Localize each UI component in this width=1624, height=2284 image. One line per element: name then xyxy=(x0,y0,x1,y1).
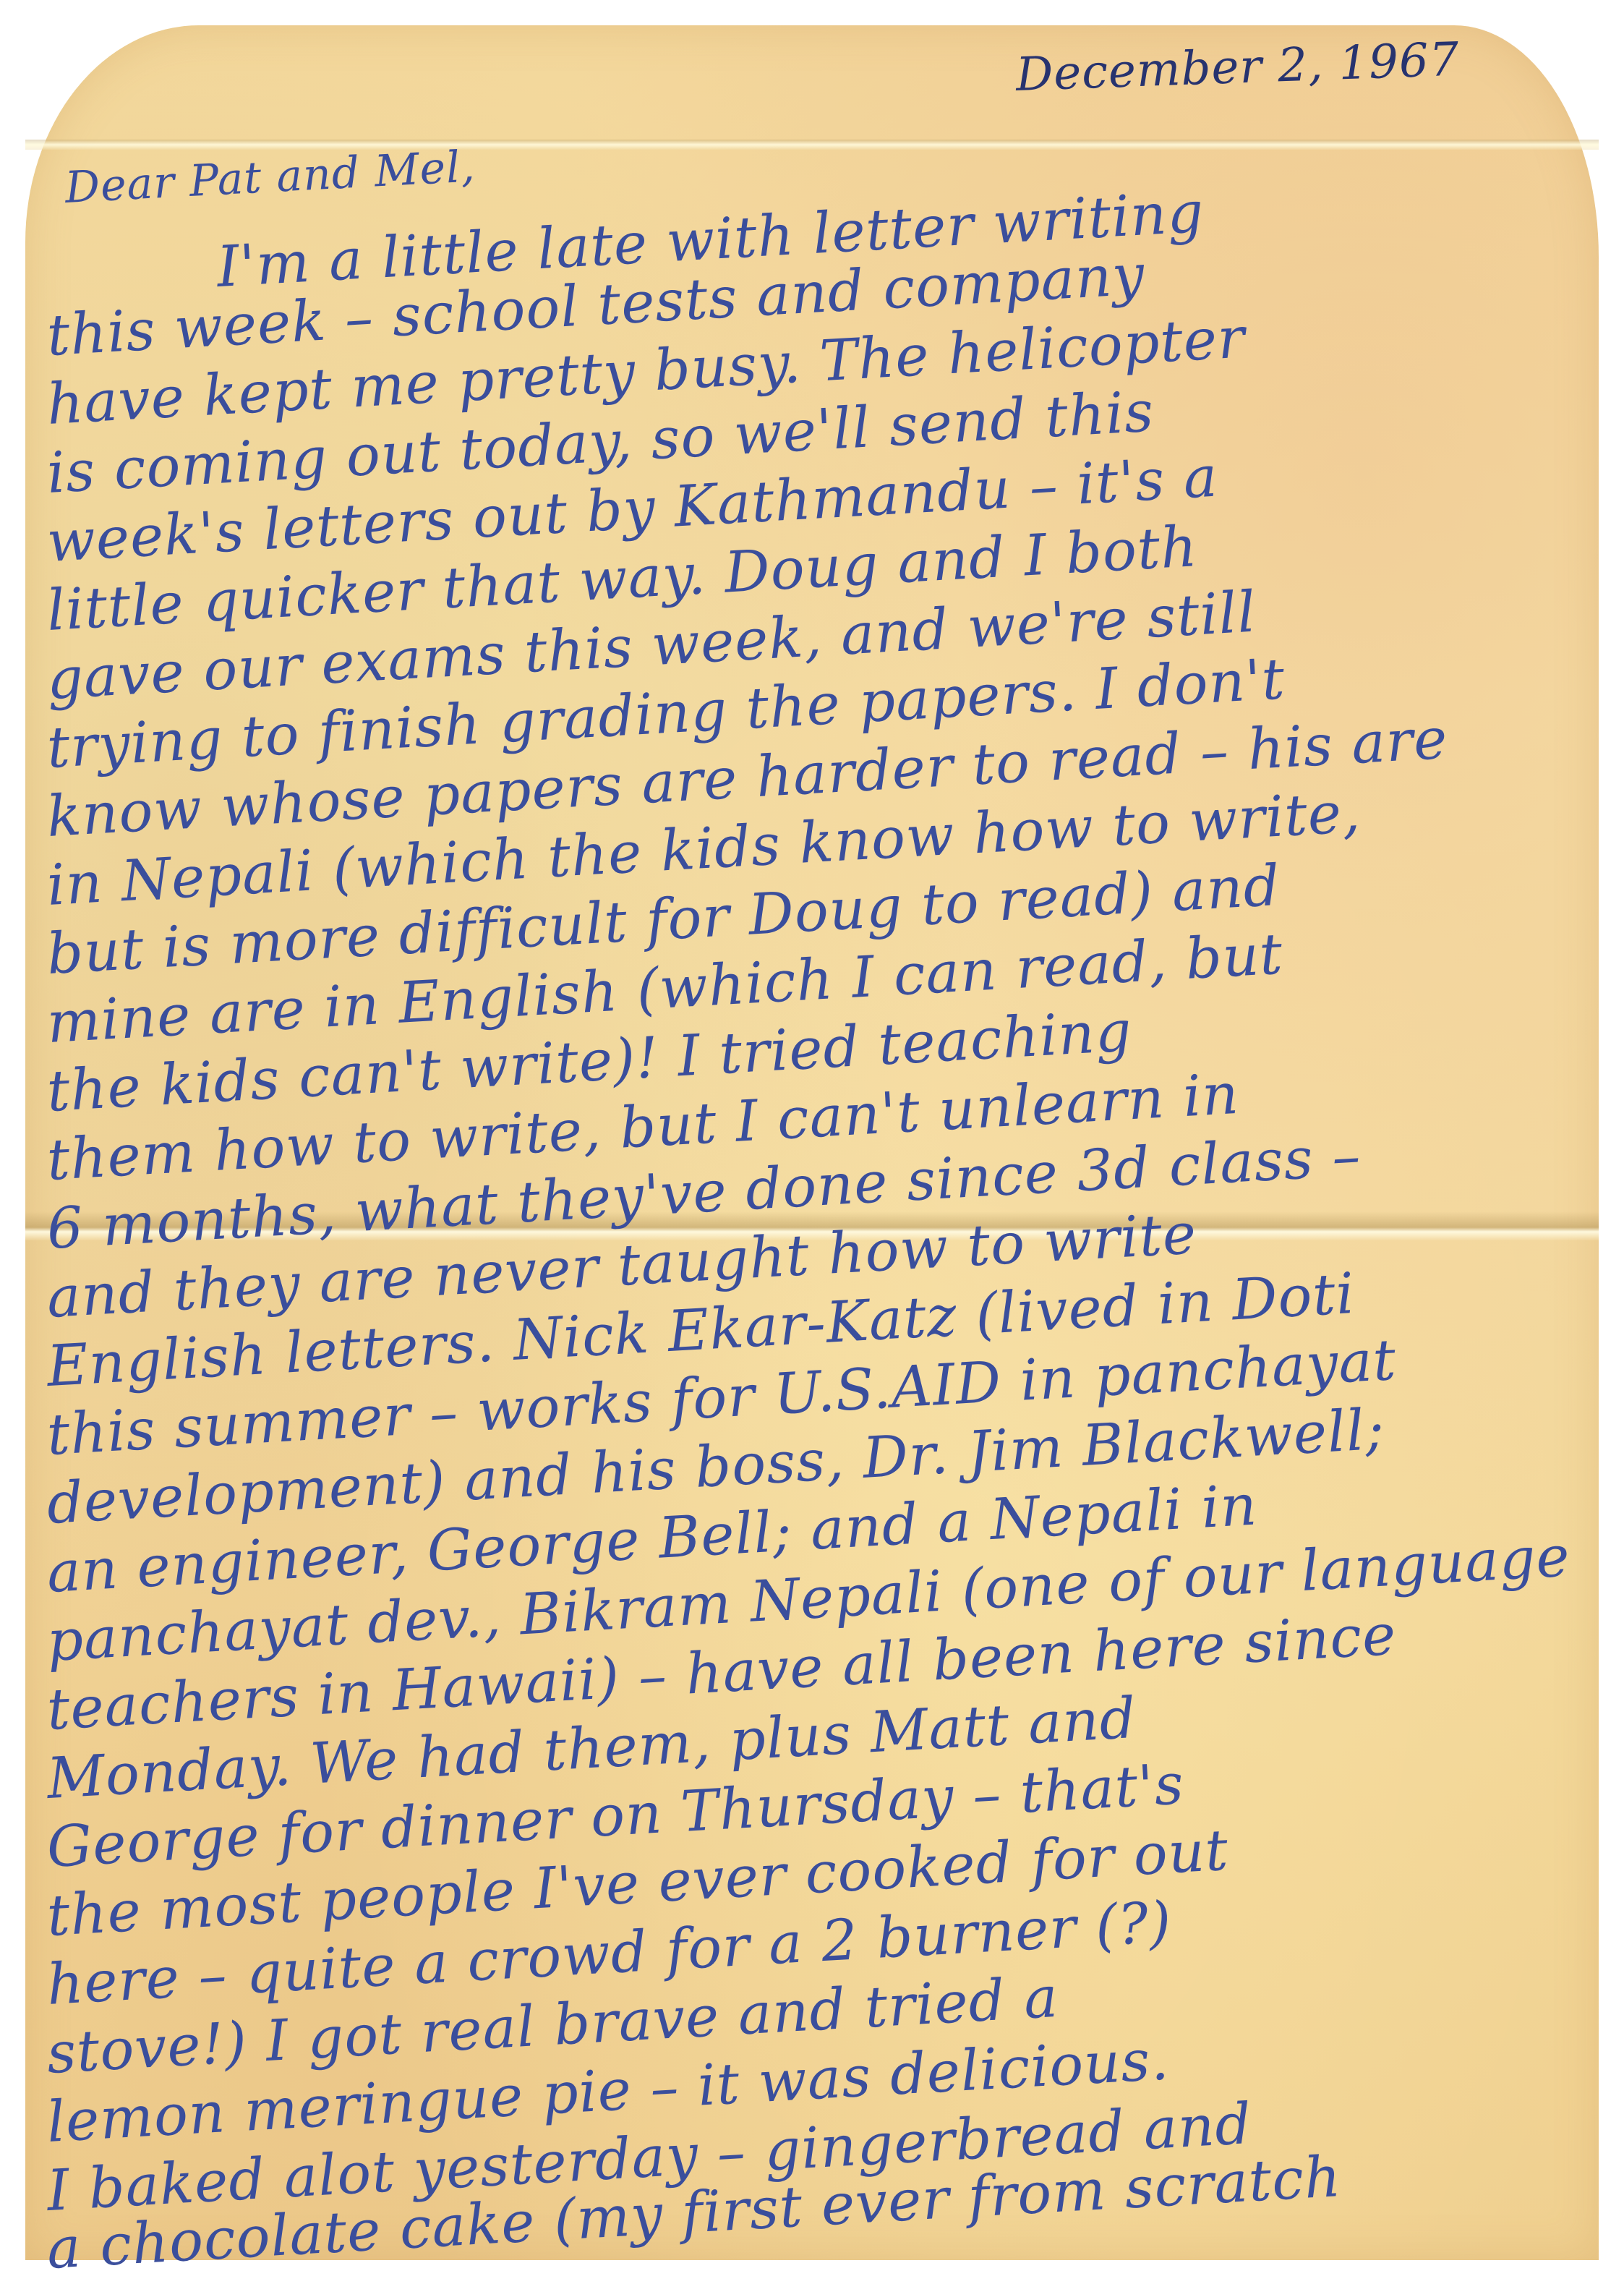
top-fold-crease xyxy=(25,140,1599,150)
letter-salutation: Dear Pat and Mel, xyxy=(64,141,476,213)
letter-date: December 2, 1967 xyxy=(1015,33,1461,102)
letter-paper: December 2, 1967 Dear Pat and Mel, I'm a… xyxy=(25,25,1599,2260)
